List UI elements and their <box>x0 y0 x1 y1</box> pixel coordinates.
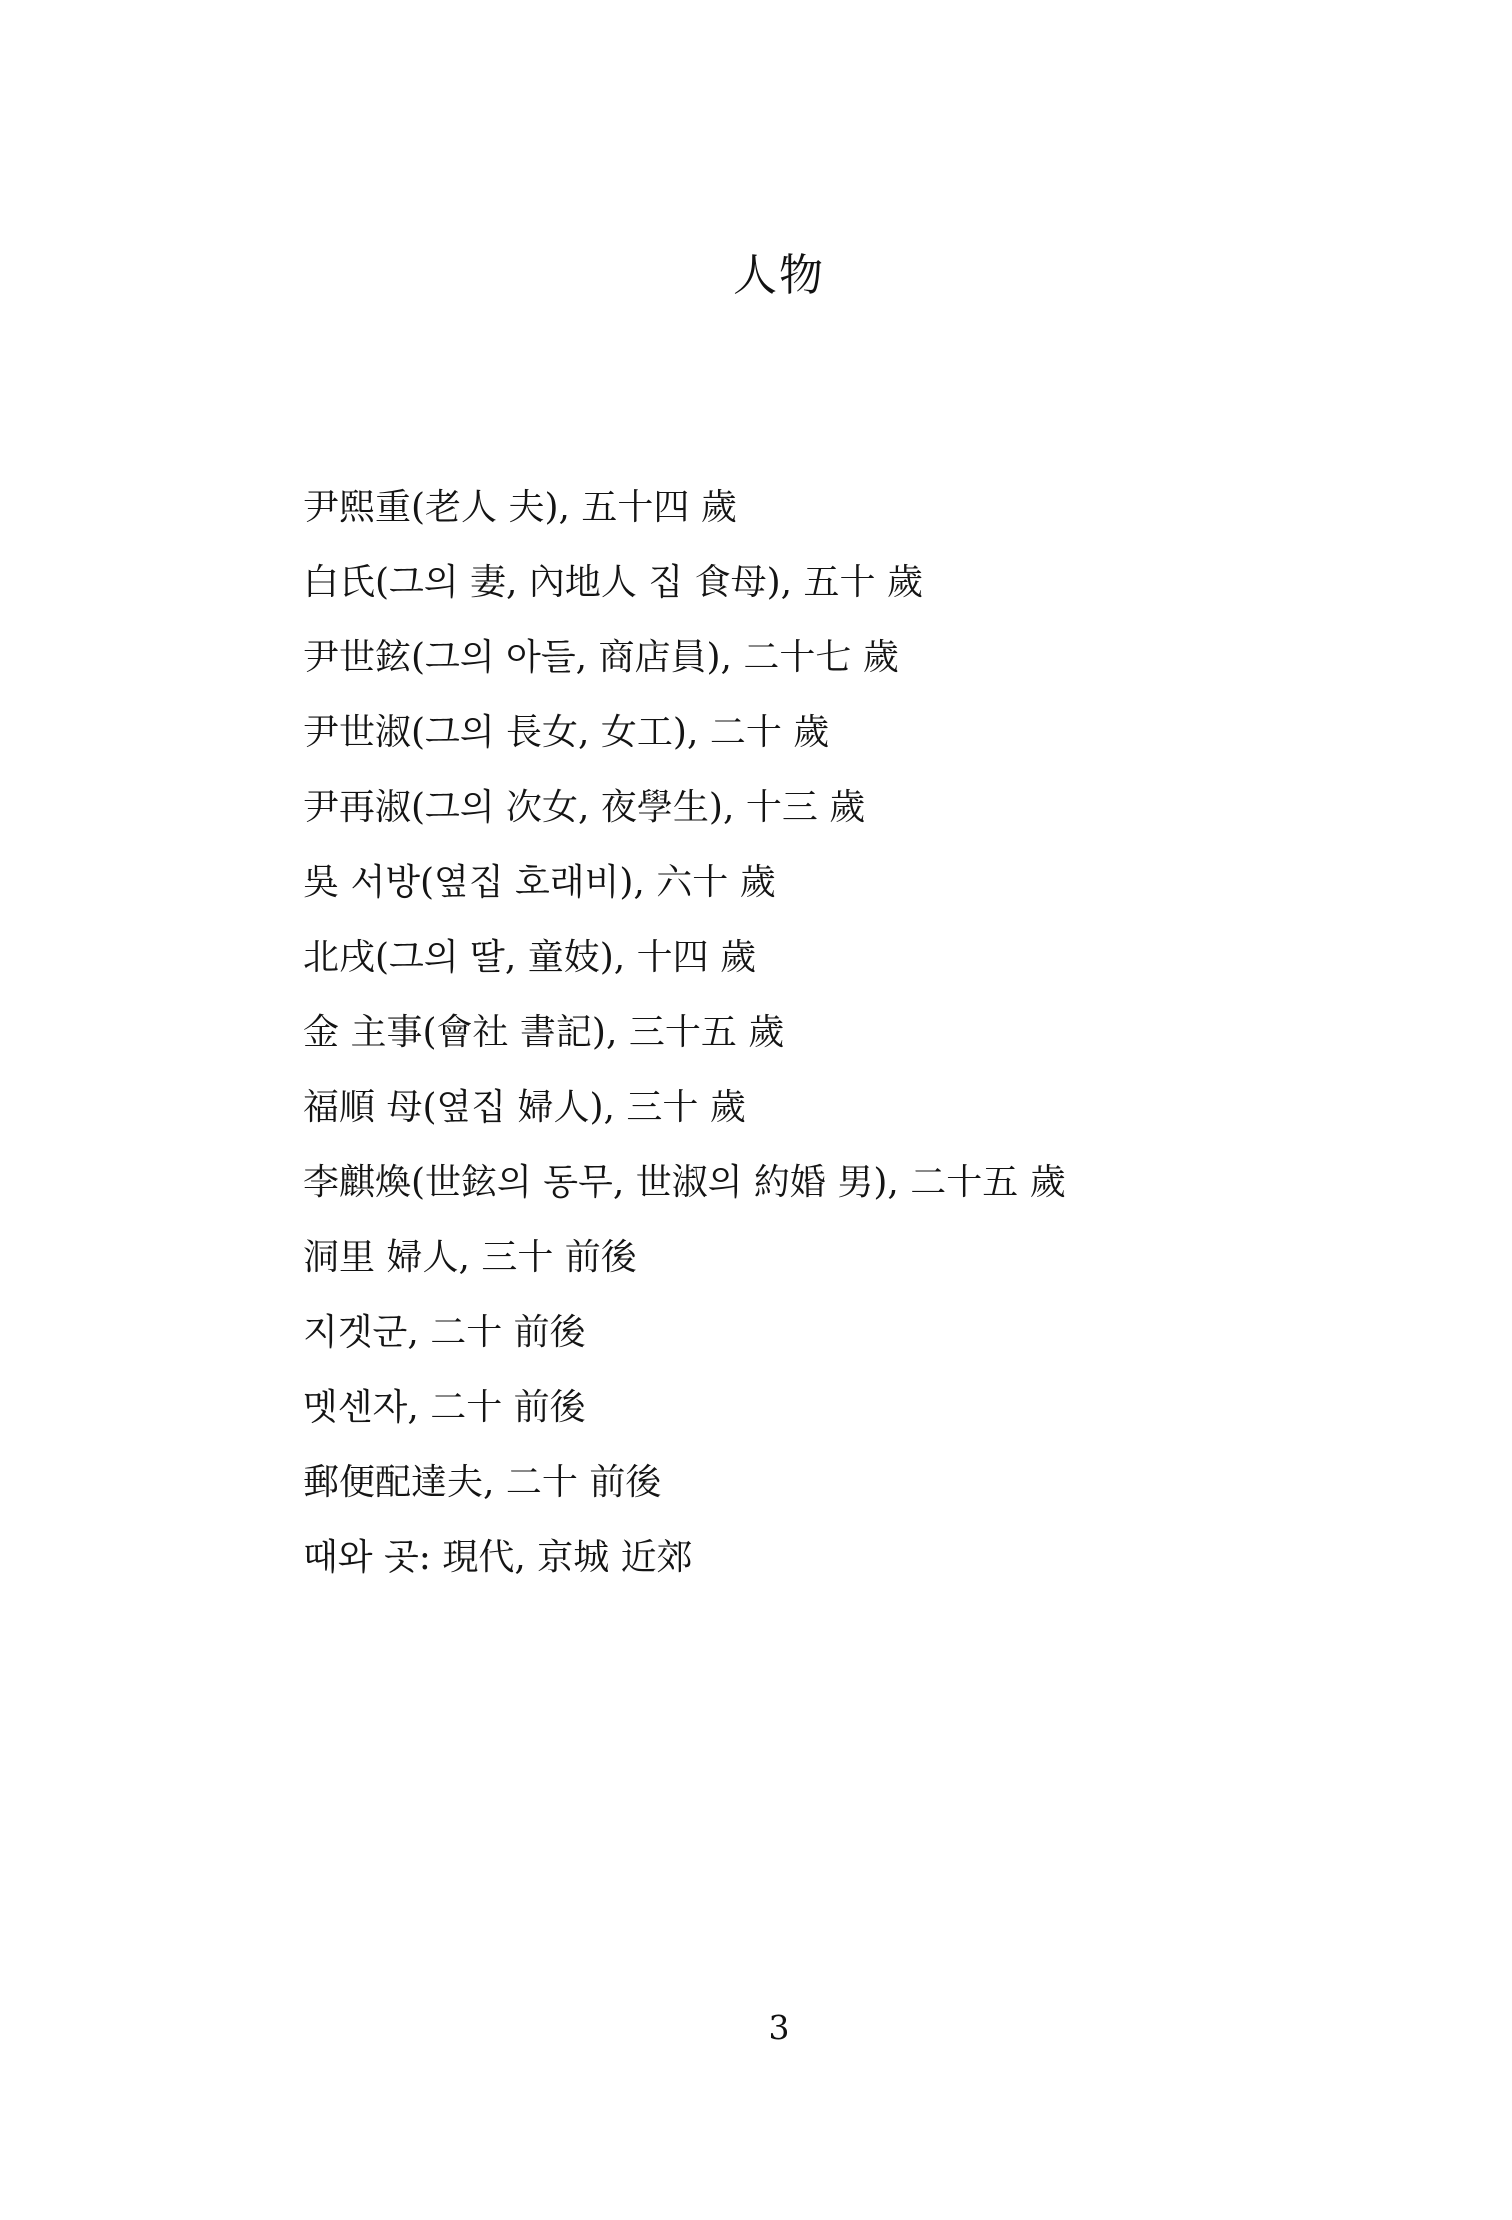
document-page: 人物 尹熙重(老人 夫), 五十四 歲 白氏(그의 妻, 內地人 집 食母), … <box>0 0 1512 2220</box>
cast-line: 洞里 婦人, 三十 前後 <box>303 1220 1255 1295</box>
cast-list: 尹熙重(老人 夫), 五十四 歲 白氏(그의 妻, 內地人 집 食母), 五十 … <box>303 470 1255 1595</box>
text-block: 人物 尹熙重(老人 夫), 五十四 歲 白氏(그의 妻, 內地人 집 食母), … <box>303 0 1255 2220</box>
setting-line: 때와 곳: 現代, 京城 近郊 <box>303 1520 1255 1595</box>
cast-line: 尹世淑(그의 長女, 女工), 二十 歲 <box>303 695 1255 770</box>
cast-line: 郵便配達夫, 二十 前後 <box>303 1445 1255 1520</box>
cast-line: 尹再淑(그의 次女, 夜學生), 十三 歲 <box>303 770 1255 845</box>
cast-line: 福順 母(옆집 婦人), 三十 歲 <box>303 1070 1255 1145</box>
cast-line: 吳 서방(옆집 호래비), 六十 歲 <box>303 845 1255 920</box>
page-number: 3 <box>303 2008 1255 2048</box>
page-title: 人物 <box>303 252 1255 300</box>
cast-line: 멧센자, 二十 前後 <box>303 1370 1255 1445</box>
cast-line: 北戌(그의 딸, 童妓), 十四 歲 <box>303 920 1255 995</box>
cast-line: 金 主事(會社 書記), 三十五 歲 <box>303 995 1255 1070</box>
cast-line: 尹熙重(老人 夫), 五十四 歲 <box>303 470 1255 545</box>
cast-line: 尹世鉉(그의 아들, 商店員), 二十七 歲 <box>303 620 1255 695</box>
cast-line: 李麒煥(世鉉의 동무, 世淑의 約婚 男), 二十五 歲 <box>303 1145 1255 1220</box>
cast-line: 지겟군, 二十 前後 <box>303 1295 1255 1370</box>
cast-line: 白氏(그의 妻, 內地人 집 食母), 五十 歲 <box>303 545 1255 620</box>
